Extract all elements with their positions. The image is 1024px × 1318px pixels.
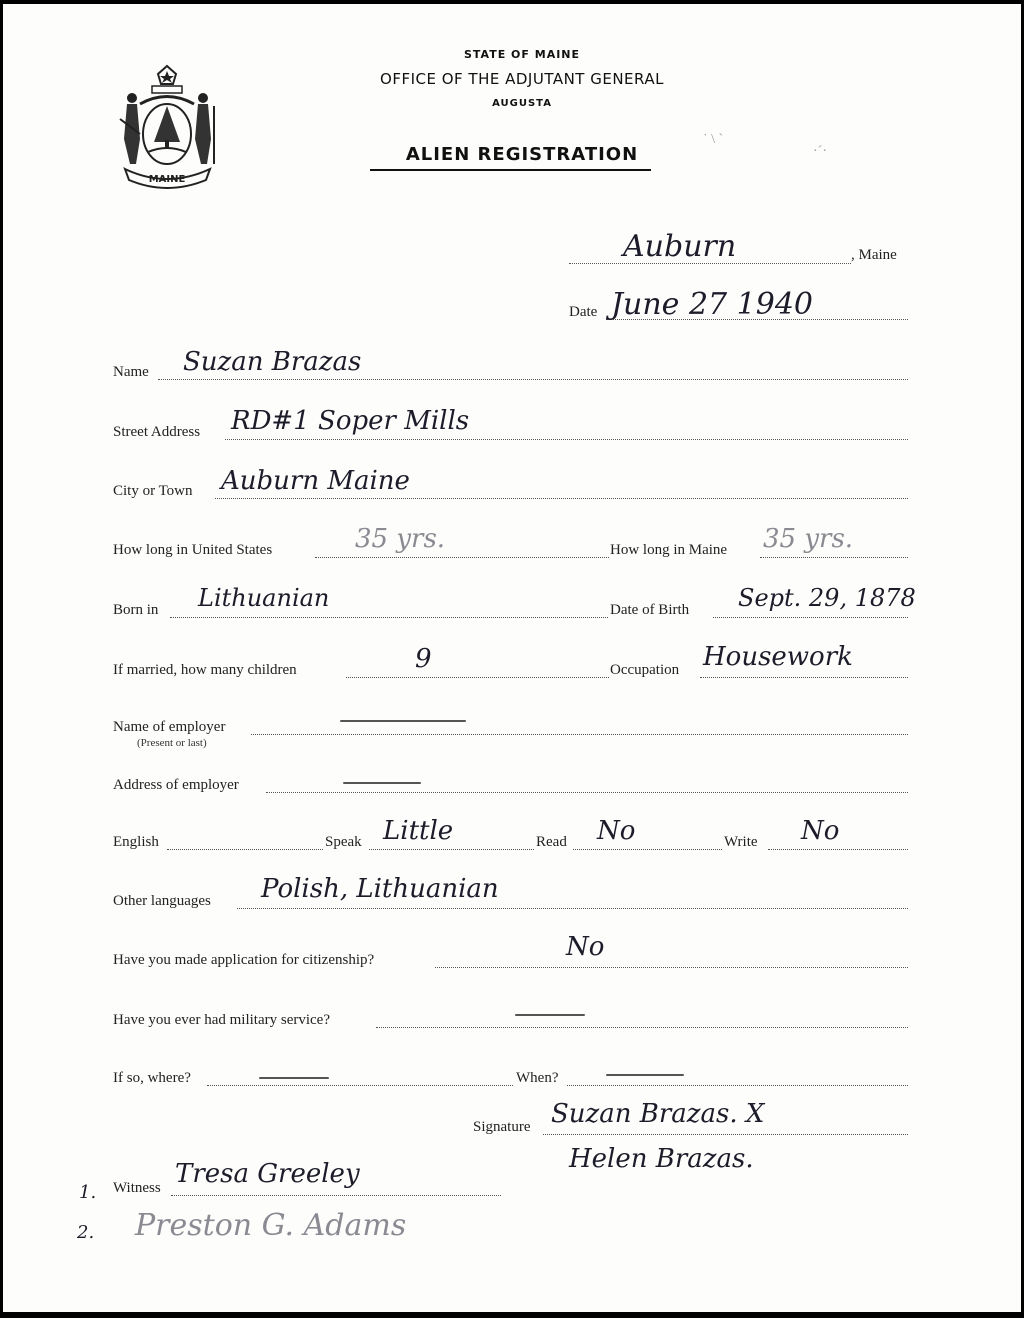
city-label: City or Town: [113, 483, 193, 500]
speak-label: Speak: [325, 834, 362, 851]
how-long-maine-value: 35 yrs.: [763, 524, 853, 554]
signature-second: Helen Brazas.: [569, 1144, 754, 1174]
street-address-value: RD#1 Soper Mills: [231, 406, 469, 436]
how-long-us-label: How long in United States: [113, 542, 272, 559]
when-dash: [606, 1074, 684, 1076]
read-value: No: [597, 816, 635, 846]
office-heading: OFFICE OF THE ADJUTANT GENERAL: [13, 70, 1024, 88]
children-label: If married, how many children: [113, 662, 297, 679]
born-in-value: Lithuanian: [198, 584, 329, 612]
svg-text:MAINE: MAINE: [149, 174, 186, 185]
other-languages-label: Other languages: [113, 893, 211, 910]
date-of-birth-value: Sept. 29, 1878: [738, 584, 916, 612]
name-value: Suzan Brazas: [183, 347, 361, 377]
employer-address-dash: [343, 782, 421, 784]
read-label: Read: [536, 834, 567, 851]
name-label: Name: [113, 364, 149, 381]
when-label: When?: [516, 1070, 558, 1087]
employer-address-label: Address of employer: [113, 777, 239, 794]
occupation-label: Occupation: [610, 662, 679, 679]
citizenship-value: No: [566, 932, 604, 962]
english-label: English: [113, 834, 159, 851]
how-long-maine-label: How long in Maine: [610, 542, 727, 559]
where-label: If so, where?: [113, 1070, 191, 1087]
scan-mark: ˙ \ ˋ: [703, 132, 723, 148]
signature-value: Suzan Brazas. X: [551, 1099, 764, 1129]
form-title: ALIEN REGISTRATION: [13, 144, 1024, 165]
city-value: Auburn Maine: [221, 466, 410, 496]
date-of-birth-label: Date of Birth: [610, 602, 689, 619]
signature-label: Signature: [473, 1119, 531, 1136]
witness-number-1: 1.: [79, 1182, 96, 1203]
speak-value: Little: [383, 816, 453, 846]
write-label: Write: [724, 834, 758, 851]
street-address-label: Street Address: [113, 424, 200, 441]
born-in-label: Born in: [113, 602, 158, 619]
other-languages-value: Polish, Lithuanian: [261, 874, 499, 904]
title-underline: [370, 169, 651, 171]
where-dash: [259, 1077, 329, 1079]
occupation-value: Housework: [703, 642, 853, 672]
employer-name-sublabel: (Present or last): [137, 737, 207, 749]
city-heading: AUGUSTA: [13, 98, 1024, 109]
witness-2-signature: Preston G. Adams: [135, 1208, 406, 1243]
state-heading: STATE OF MAINE: [13, 48, 1024, 61]
date-label: Date: [569, 304, 597, 321]
witness-1-signature: Tresa Greeley: [175, 1159, 360, 1189]
citizenship-label: Have you made application for citizenshi…: [113, 952, 374, 969]
children-value: 9: [415, 644, 432, 674]
employer-name-label: Name of employer: [113, 719, 225, 736]
how-long-us-value: 35 yrs.: [355, 524, 445, 554]
scan-mark: ·ˊ·: [813, 144, 827, 160]
military-dash: [515, 1014, 585, 1016]
alien-registration-form: MAINE STATE OF MAINE OFFICE OF THE ADJUT…: [3, 4, 1021, 1312]
witness-number-2: 2.: [77, 1222, 94, 1243]
town-suffix: , Maine: [851, 247, 897, 264]
witness-label: Witness: [113, 1180, 161, 1197]
employer-name-dash: [340, 720, 466, 722]
military-label: Have you ever had military service?: [113, 1012, 330, 1029]
town-value: Auburn: [623, 229, 736, 264]
date-value: June 27 1940: [611, 287, 813, 322]
write-value: No: [801, 816, 839, 846]
